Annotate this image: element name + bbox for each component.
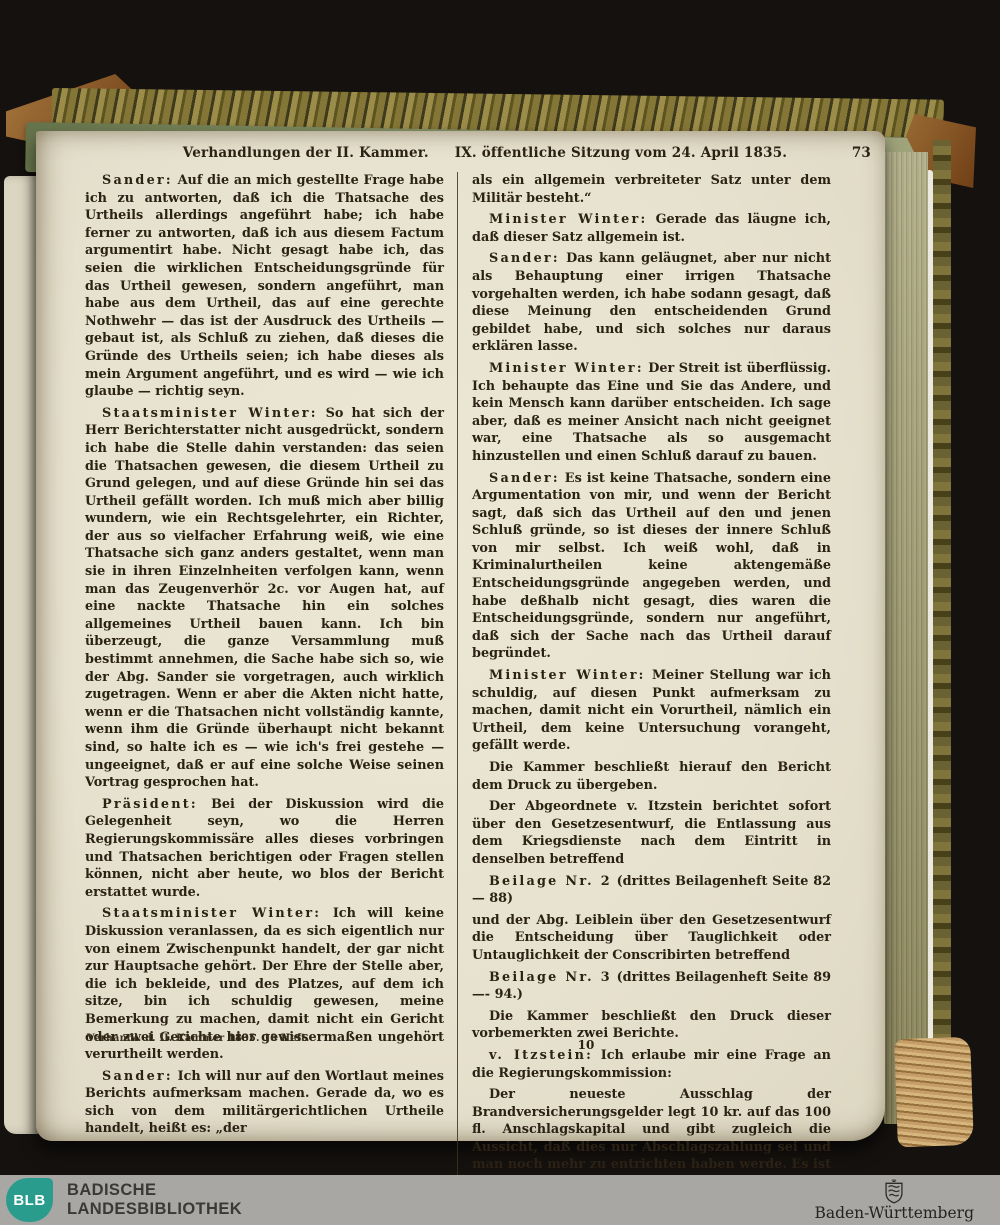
speaker-name: Beilage Nr. 2 (489, 874, 612, 889)
text-column-right: als ein allgemein verbreiteter Satz unte… (457, 172, 831, 1196)
paragraph: Sander: Ich will nur auf den Wortlaut me… (85, 1068, 444, 1138)
book-scan-photo: Verhandlungen der II. Kammer.IX. öffentl… (0, 0, 1000, 1175)
paragraph: Sander: Das kann geläugnet, aber nur nic… (472, 250, 831, 356)
library-name: BADISCHE LANDESBIBLIOTHEK (67, 1181, 242, 1219)
journal-title: Verhandlungen der II. Kammer. (183, 145, 429, 161)
page-content: Verhandlungen der II. Kammer.IX. öffentl… (85, 145, 885, 1135)
paragraph: Beilage Nr. 2 (drittes Beilagenheft Seit… (472, 873, 831, 908)
page-header: Verhandlungen der II. Kammer.IX. öffentl… (85, 145, 885, 161)
speaker-name: Staatsminister Winter: (102, 906, 321, 921)
facing-page-sliver (4, 176, 38, 1134)
speaker-name: Minister Winter: (489, 668, 646, 683)
book-page: Verhandlungen der II. Kammer.IX. öffentl… (36, 131, 885, 1141)
session-title: IX. öffentliche Sitzung vom 24. April 18… (455, 145, 787, 161)
book-pages-fore-edge (884, 152, 928, 1124)
paragraph: Die Kammer beschließt den Druck dieser v… (472, 1008, 831, 1043)
state-name: Baden-Württemberg (814, 1204, 974, 1222)
speaker-name: Minister Winter: (489, 212, 647, 227)
speaker-name: Sander: (489, 251, 560, 266)
paragraph: als ein allgemein verbreiteter Satz unte… (472, 172, 831, 207)
library-name-line1: BADISCHE (67, 1181, 242, 1200)
speaker-name: Sander: (489, 471, 560, 486)
paragraph: Die Kammer beschließt hierauf den Berich… (472, 759, 831, 794)
page-number: 73 (852, 145, 871, 161)
speaker-name: Staatsminister Winter: (102, 406, 318, 421)
paragraph: Präsident: Bei der Diskussion wird die G… (85, 796, 444, 902)
paragraph: und der Abg. Leiblein über den Gesetzese… (472, 912, 831, 965)
speaker-name: Sander: (102, 1069, 173, 1084)
blb-logo-text: BLB (13, 1192, 45, 1209)
speaker-name: Sander: (102, 173, 173, 188)
blb-logo-icon: BLB (6, 1178, 53, 1222)
book-page-stack-corner (894, 1037, 974, 1148)
paragraph: Minister Winter: Meiner Stellung war ich… (472, 667, 831, 755)
paragraph: Minister Winter: Gerade das läugne ich, … (472, 211, 831, 246)
paragraph: v. Itzstein: Ich erlaube mir eine Frage … (472, 1047, 831, 1082)
state-mark: Baden-Württemberg (814, 1179, 974, 1222)
speaker-name: Präsident: (102, 797, 198, 812)
paragraph: Minister Winter: Der Streit ist überflüs… (472, 360, 831, 466)
library-name-line2: LANDESBIBLIOTHEK (67, 1200, 242, 1219)
speaker-name: Minister Winter: (489, 361, 644, 376)
baden-wuerttemberg-coat-of-arms-icon (881, 1179, 907, 1205)
library-footer-bar: BLB BADISCHE LANDESBIBLIOTHEK Baden-Würt… (0, 1175, 1000, 1225)
speaker-name: Beilage Nr. 3 (489, 970, 612, 985)
paragraph: Der Abgeordnete v. Itzstein berichtet so… (472, 798, 831, 868)
paragraph: Beilage Nr. 3 (drittes Beilagenheft Seit… (472, 969, 831, 1004)
paragraph: Staatsminister Winter: So hat sich der H… (85, 405, 444, 792)
printers-footnote: Verhandl. d. II. Kammer 1835. 18 Heft. (87, 1033, 310, 1044)
paragraph: Sander: Es ist keine Thatsache, sondern … (472, 470, 831, 664)
paragraph: Sander: Auf die an mich gestellte Frage … (85, 172, 444, 401)
book-cover-fore-edge (933, 140, 951, 1058)
sheet-signature: 10 (571, 1038, 601, 1052)
